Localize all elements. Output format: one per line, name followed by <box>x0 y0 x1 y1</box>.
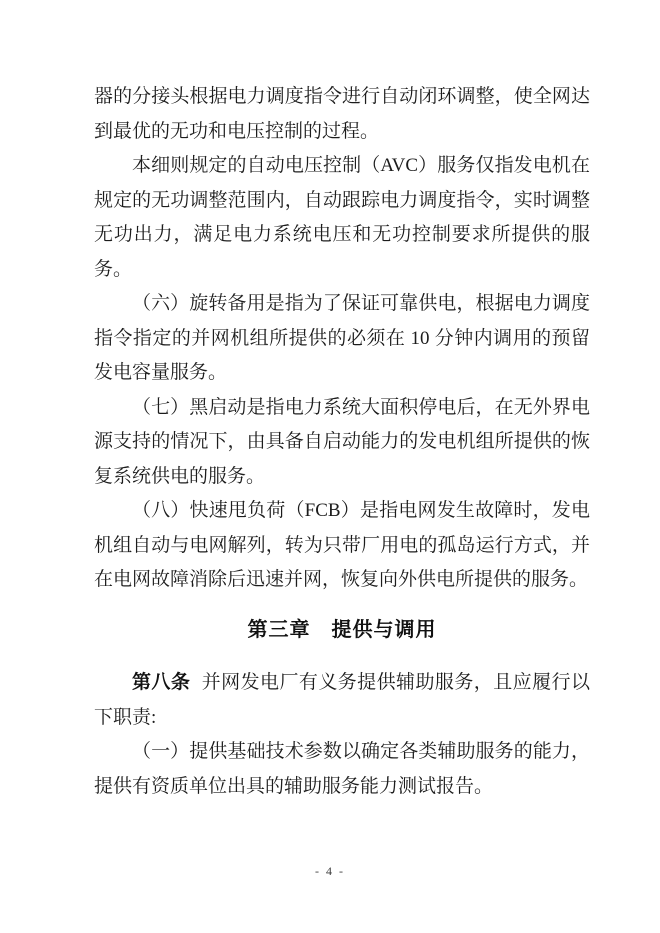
document-page: 器的分接头根据电力调度指令进行自动闭环调整，使全网达到最优的无功和电压控制的过程… <box>0 0 660 933</box>
page-content: 器的分接头根据电力调度指令进行自动闭环调整，使全网达到最优的无功和电压控制的过程… <box>94 80 590 804</box>
paragraph-item-8-fcb: （八）快速甩负荷（FCB）是指电网发生故障时，发电机组自动与电网解列，转为只带厂… <box>94 494 590 598</box>
paragraph-item-1-duties: （一）提供基础技术参数以确定各类辅助服务的能力，提供有资质单位出具的辅助服务能力… <box>94 735 590 804</box>
article-number-label: 第八条 <box>132 672 190 693</box>
paragraph-article-8: 第八条并网发电厂有义务提供辅助服务，且应履行以下职责: <box>94 666 590 735</box>
paragraph-avc-definition: 本细则规定的自动电压控制（AVC）服务仅指发电机在规定的无功调整范围内，自动跟踪… <box>94 149 590 287</box>
chapter-heading: 第三章 提供与调用 <box>94 613 590 648</box>
paragraph-item-6-spinning-reserve: （六）旋转备用是指为了保证可靠供电，根据电力调度指令指定的并网机组所提供的必须在… <box>94 287 590 391</box>
page-number: - 4 - <box>0 863 660 879</box>
paragraph-item-7-black-start: （七）黑启动是指电力系统大面积停电后，在无外界电源支持的情况下，由具备自启动能力… <box>94 391 590 495</box>
paragraph-continuation: 器的分接头根据电力调度指令进行自动闭环调整，使全网达到最优的无功和电压控制的过程… <box>94 80 590 149</box>
